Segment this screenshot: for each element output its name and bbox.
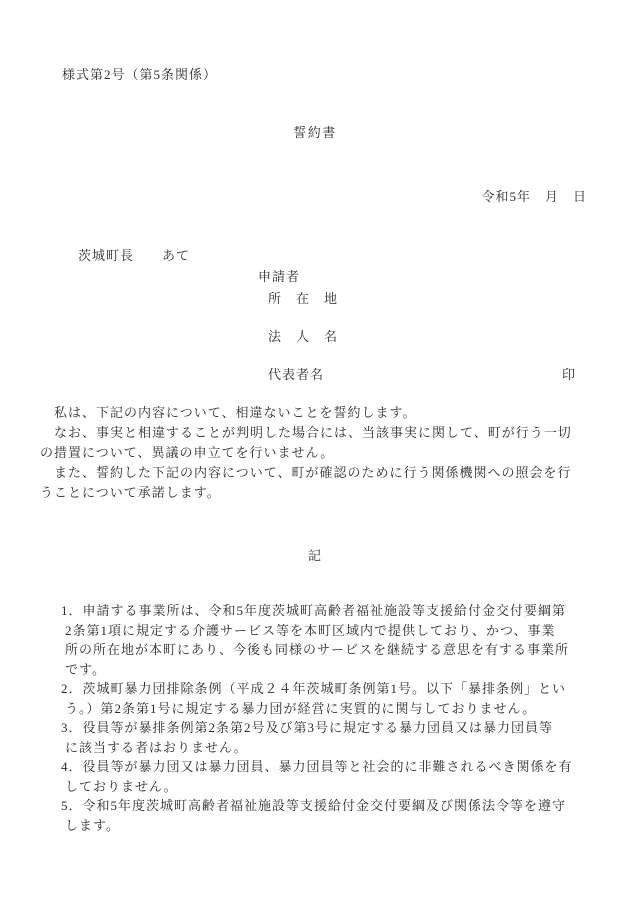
pledge-item-1-line: 所の所在地が本町にあり、今後も同様のサービスを継続する意思を有する事業所 [65,640,573,660]
representative-name-field-label: 代表者名 [268,364,324,383]
form-number: 様式第2号（第5条関係） [62,64,217,83]
address-field-label: 所 在 地 [268,288,338,307]
pledge-item-1-line: 2条第1項に規定する介護サービス等を本町区域内で提供しており、かつ、事業 [65,621,573,641]
date-line: 令和5年 月 日 [481,186,587,205]
body-line: の措置について、異議の申立てを行いません。 [40,443,572,463]
record-marker: 記 [0,545,630,564]
pledge-body-paragraphs: 私は、下記の内容について、相違ないことを誓約します。 なお、事実と相違することが… [40,403,572,503]
pledge-item-2-line: う。）第2条第1号に規定する暴力団が経営に実質的に関与しておりません。 [65,699,573,719]
corporate-name-field-label: 法 人 名 [268,326,338,345]
body-line: なお、事実と相違することが判明した場合には、当該事実に関して、町が行う一切 [40,423,572,443]
pledge-item-1-line: 1．申請する事業所は、令和5年度茨城町高齢者福祉施設等支援給付金交付要綱第 [61,601,573,621]
pledge-item-1-line: です。 [65,660,573,680]
pledge-item-4-line: しておりません。 [65,777,573,797]
pledge-document-page: 様式第2号（第5条関係） 誓約書 令和5年 月 日 茨城町長 あて 申請者 所 … [0,0,630,903]
pledge-item-4-line: 4．役員等が暴力団又は暴力団員、暴力団員等と社会的に非難されるべき関係を有 [61,757,573,777]
pledge-item-list: 1．申請する事業所は、令和5年度茨城町高齢者福祉施設等支援給付金交付要綱第 2条… [40,601,573,835]
applicant-label: 申請者 [258,266,300,285]
body-line: うことについて承諾します。 [40,483,572,503]
pledge-item-5-line: 5．令和5年度茨城町高齢者福祉施設等支援給付金交付要綱及び関係法令等を遵守 [61,796,573,816]
seal-placeholder: 印 [562,364,576,383]
pledge-item-2-line: 2．茨城町暴力団排除条例（平成２４年茨城町条例第1号。以下「暴排条例」とい [61,679,573,699]
document-title: 誓約書 [0,122,630,141]
body-line: また、誓約した下記の内容について、町が確認のために行う関係機関への照会を行 [40,463,572,483]
addressee: 茨城町長 あて [78,245,190,264]
pledge-item-3-line: 3．役員等が暴排条例第2条第2号及び第3号に規定する暴力団員又は暴力団員等 [61,718,573,738]
body-line: 私は、下記の内容について、相違ないことを誓約します。 [40,403,572,423]
pledge-item-5-line: します。 [65,816,573,836]
pledge-item-3-line: に該当する者はおりません。 [65,738,573,758]
